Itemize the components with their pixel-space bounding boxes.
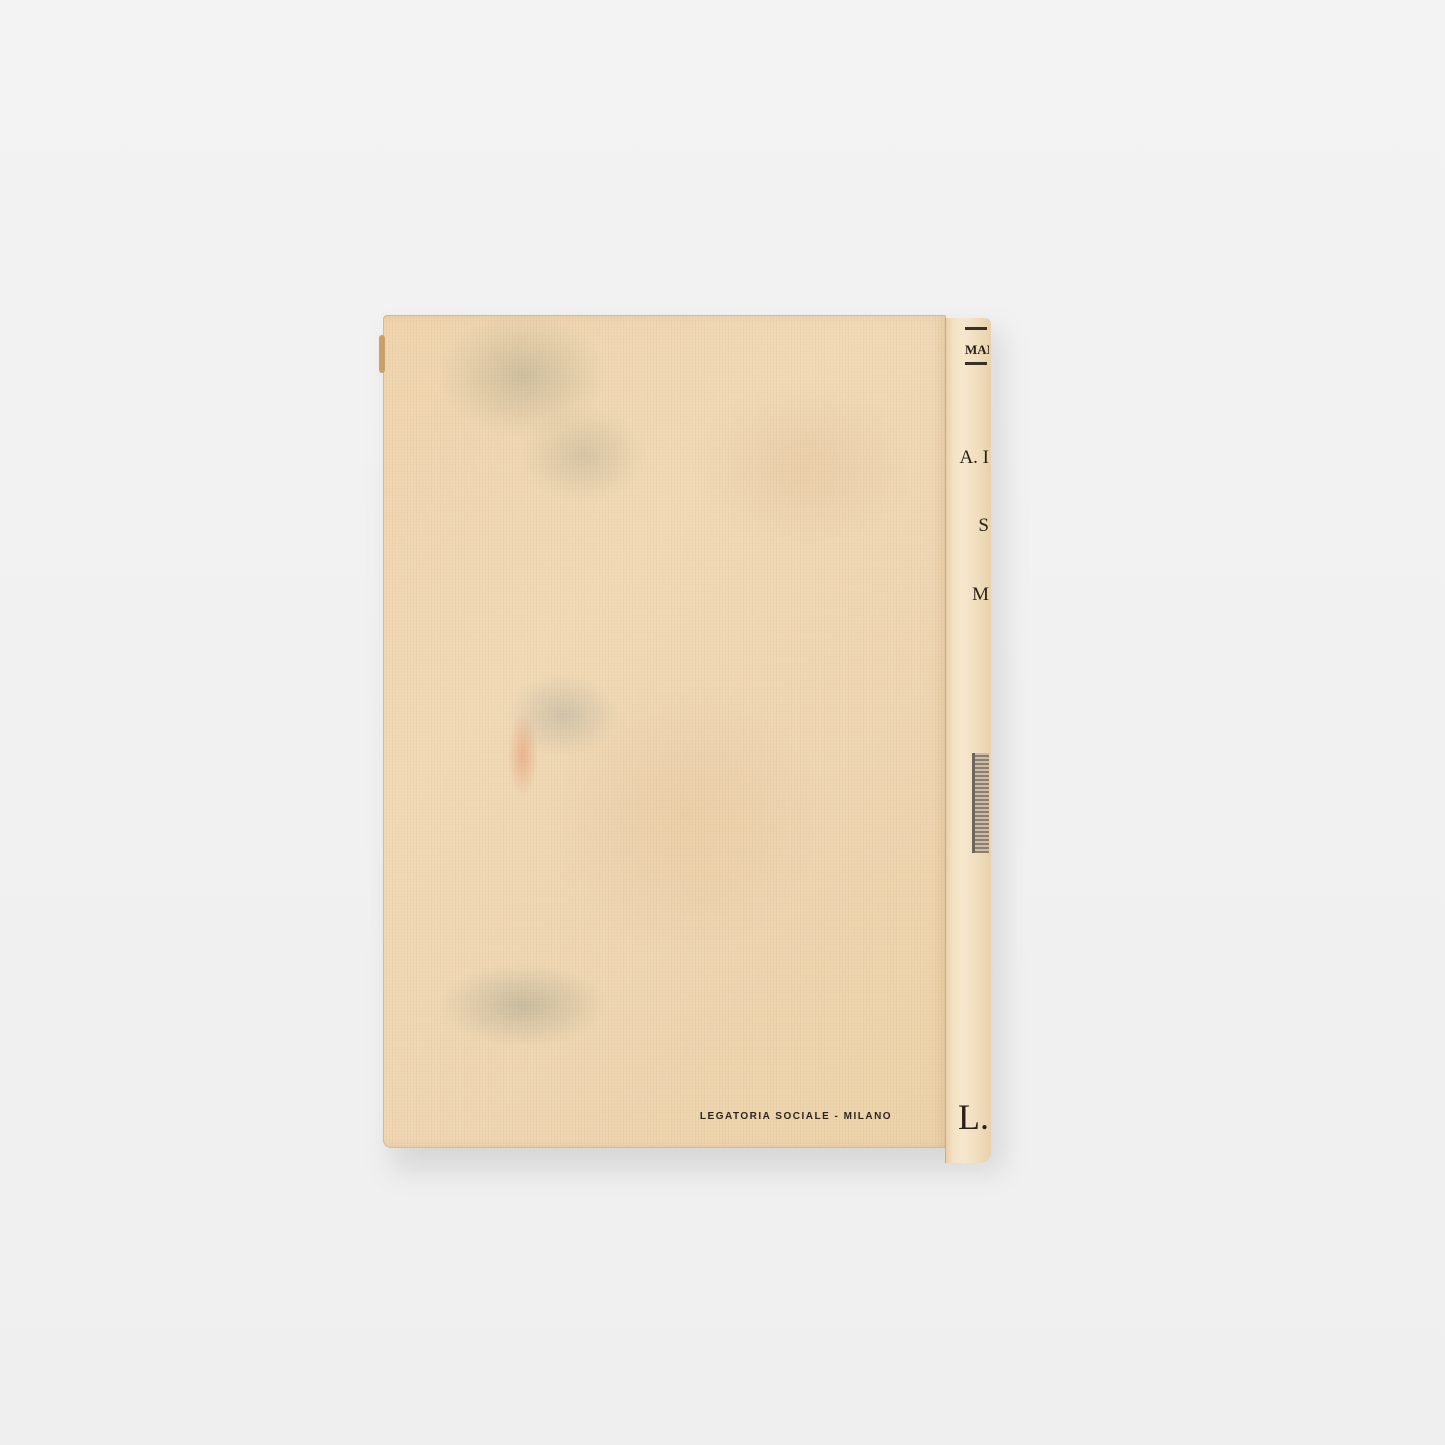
book: LEGATORIA SOCIALE - MILANO MAN A. I S M … [383,315,991,1163]
spine-title-label: S [961,515,989,537]
spine-ornament [972,753,989,853]
binder-imprint: LEGATORIA SOCIALE - MILANO [676,1111,916,1122]
spine-bottom-rule [965,362,987,365]
spine-author-label: A. I [947,447,989,469]
spine-subtitle-label: M [955,584,989,606]
torn-binding-edge [379,335,385,373]
spine-top-rule [965,327,987,330]
spine-top-label: MAN [965,342,989,358]
back-cover: LEGATORIA SOCIALE - MILANO [383,315,946,1148]
spine-publisher-mark: L. [949,1096,989,1138]
book-spine: MAN A. I S M L. [945,318,991,1163]
